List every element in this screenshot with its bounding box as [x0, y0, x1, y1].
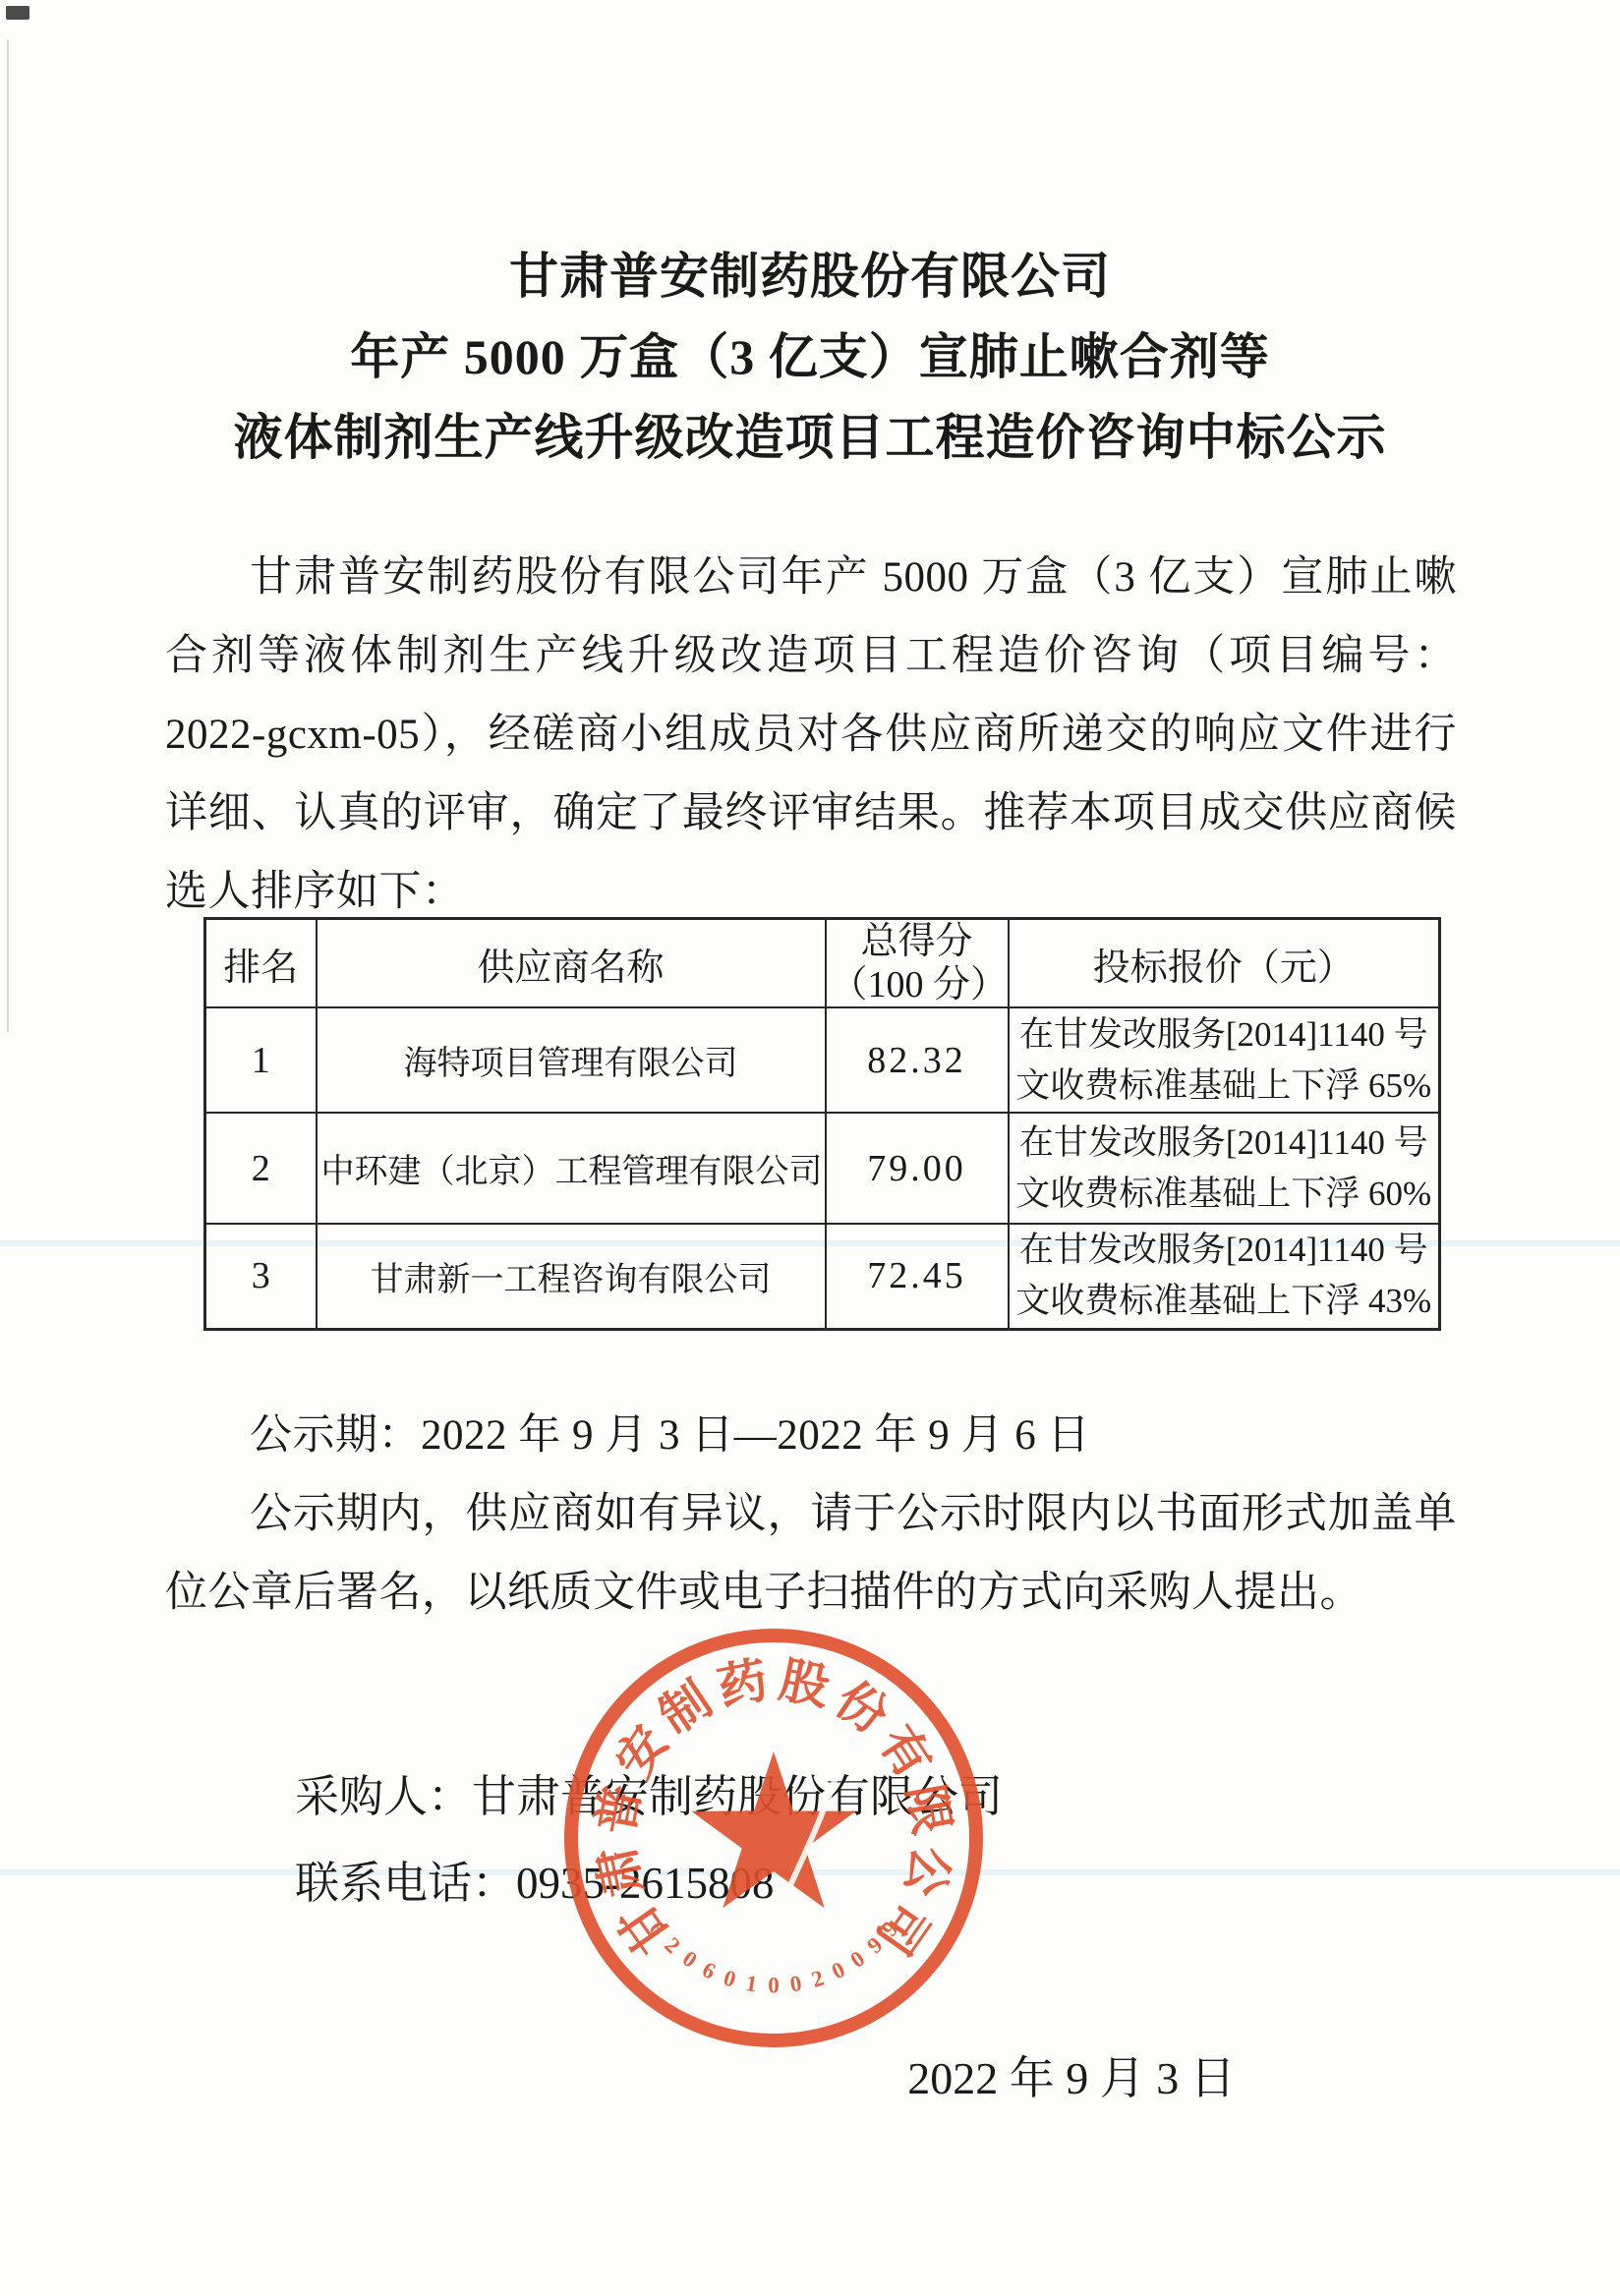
cell-score: 82.32 [826, 1007, 1009, 1113]
cell-supplier: 海特项目管理有限公司 [317, 1007, 826, 1113]
header-rank: 排名 [205, 919, 317, 1008]
cell-supplier: 甘肃新一工程咨询有限公司 [317, 1224, 826, 1329]
seal-text-char: 制 [650, 1671, 722, 1744]
title-line-project: 年产 5000 万盒（3 亿支）宣肺止嗽合剂等 [0, 316, 1620, 397]
scan-artifact-corner [6, 6, 29, 20]
seal-text-char: 普 [588, 1780, 651, 1838]
scan-artifact-edge-line [7, 39, 9, 1032]
seal-text-char: 限 [897, 1780, 959, 1838]
cell-supplier: 中环建（北京）工程管理有限公司 [317, 1113, 826, 1224]
seal-text-char: 药 [713, 1652, 772, 1716]
seal-text-char: 份 [826, 1671, 897, 1744]
seal-text-char: 1 [744, 1971, 759, 1996]
date-line: 2022 年 9 月 3 日 [816, 2042, 1327, 2107]
seal-text-char: 2 [808, 1966, 826, 1992]
seal-text-char: 0 [678, 1946, 702, 1973]
seal-text-char: 肃 [588, 1842, 652, 1902]
header-bid: 投标报价（元） [1009, 919, 1440, 1008]
cell-rank: 2 [205, 1113, 317, 1224]
document-title: 甘肃普安制药股份有限公司 年产 5000 万盒（3 亿支）宣肺止嗽合剂等 液体制… [0, 236, 1620, 478]
table-header-row: 排名 供应商名称 总得分 （100 分） 投标报价（元） [205, 919, 1440, 1008]
seal-text-char: 公 [896, 1842, 959, 1902]
table-row: 2 中环建（北京）工程管理有限公司 79.00 在甘发改服务[2014]1140… [205, 1113, 1440, 1224]
title-line-company: 甘肃普安制药股份有限公司 [0, 236, 1620, 316]
cell-bid: 在甘发改服务[2014]1140 号 文收费标准基础上下浮 65% [1009, 1007, 1440, 1113]
seal-text-char: 股 [775, 1652, 834, 1716]
cell-rank: 3 [205, 1224, 317, 1329]
seal-text-char: 0 [845, 1946, 869, 1973]
seal-text-char: 0 [828, 1957, 848, 1984]
header-score: 总得分 （100 分） [826, 919, 1009, 1008]
seal-text-char: 0 [721, 1966, 738, 1992]
table-row: 3 甘肃新一工程咨询有限公司 72.45 在甘发改服务[2014]1140 号 … [205, 1224, 1440, 1329]
seal-text-char: 有 [869, 1716, 942, 1788]
header-supplier: 供应商名称 [317, 919, 826, 1008]
publicity-period: 公示期：2022 年 9 月 3 日—2022 年 9 月 6 日 [165, 1397, 1457, 1475]
cell-rank: 1 [205, 1007, 317, 1113]
cell-score: 79.00 [826, 1113, 1009, 1224]
seal-text-char: 0 [788, 1971, 803, 1996]
document-page: 甘肃普安制药股份有限公司 年产 5000 万盒（3 亿支）宣肺止嗽合剂等 液体制… [0, 0, 1620, 2296]
cell-bid: 在甘发改服务[2014]1140 号 文收费标准基础上下浮 60% [1009, 1113, 1440, 1224]
cell-bid: 在甘发改服务[2014]1140 号 文收费标准基础上下浮 43% [1009, 1224, 1440, 1329]
seal-text-char: 0 [768, 1974, 780, 1998]
seal-text-char: 安 [606, 1716, 678, 1788]
cell-score: 72.45 [826, 1224, 1009, 1329]
company-seal-stamp: 甘肃普安制药股份有限公司6206010020099 [543, 1607, 1005, 2069]
table-row: 1 海特项目管理有限公司 82.32 在甘发改服务[2014]1140 号 文收… [205, 1007, 1440, 1113]
title-line-announcement: 液体制剂生产线升级改造项目工程造价咨询中标公示 [0, 397, 1620, 478]
bid-result-table: 排名 供应商名称 总得分 （100 分） 投标报价（元） 1 海特项目管理有限公… [203, 917, 1441, 1331]
seal-star-icon [691, 1751, 855, 1908]
intro-paragraph: 甘肃普安制药股份有限公司年产 5000 万盒（3 亿支）宣肺止嗽合剂等液体制剂生… [165, 539, 1457, 932]
seal-text-char: 6 [699, 1957, 720, 1984]
